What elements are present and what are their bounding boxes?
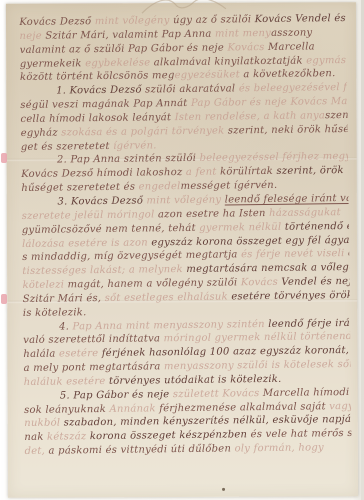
manuscript-word-segment: nevét viseli bbox=[284, 248, 348, 260]
manuscript-word-segment: a fent bbox=[186, 167, 220, 178]
manuscript-word-segment: való szeretettől indíttatva bbox=[23, 334, 164, 347]
manuscript-word-segment: szeretete jeléül móringol bbox=[22, 209, 158, 222]
manuscript-word-segment: kötelezi bbox=[22, 279, 67, 291]
manuscript-word-segment: törvényes utódaikat is kötelezik. bbox=[109, 374, 282, 387]
manuscript-word-segment: szülői is kötelesek sőt esetleges bbox=[237, 358, 350, 371]
manuscript-word-segment: és beleegyezésével fele- bbox=[239, 82, 348, 95]
manuscript-word-segment: nak bbox=[24, 432, 47, 443]
manuscript-word-segment: a kath anya bbox=[263, 110, 325, 122]
manuscript-word-segment: született Kovács bbox=[173, 388, 263, 400]
manuscript-word-segment: engedel bbox=[139, 181, 181, 193]
manuscript-word-segment: és férje bbox=[241, 249, 284, 261]
manuscript-word-segment: esetére bbox=[59, 348, 102, 360]
manuscript-word-segment: 2. Pap Anna szintén szülői bbox=[57, 153, 200, 166]
manuscript-word-segment: Annának bbox=[109, 403, 159, 415]
manuscript-word-segment: 1. Kovács Dezső bbox=[56, 85, 145, 97]
manuscript-word-segment: Marcella hímodi lako- bbox=[263, 386, 351, 398]
manuscript-word-segment: Szitár Mári és, bbox=[23, 293, 105, 305]
manuscript-word-segment: tehát bbox=[168, 222, 199, 233]
manuscript-word-segment: halála bbox=[23, 349, 59, 360]
manuscript-word-segment: alkalmával kinyilatkoztatják bbox=[154, 55, 307, 68]
manuscript-word-segment: esetére bbox=[66, 376, 109, 388]
manuscript-word-segment: egyház bbox=[21, 127, 62, 138]
manuscript-word-segment: gyümölcsözővé nem tenné, bbox=[22, 223, 168, 236]
manuscript-word-segment: körülírtak bbox=[220, 166, 277, 178]
manuscript-word-segment: Vendel és neje bbox=[281, 276, 349, 288]
manuscript-word-segment: mességet ígérvén. bbox=[180, 180, 277, 192]
manuscript-word-segment: s mindaddig, míg özvegységét megtartja bbox=[22, 250, 241, 264]
manuscript-word-segment: megtartására nemcsak a vőlegény bbox=[186, 262, 349, 275]
manuscript-word-segment: tisztességes lakást; bbox=[22, 265, 129, 277]
manuscript-word-segment: 5. Pap Gábor és neje bbox=[60, 389, 173, 401]
manuscript-word-segment: a melynek bbox=[129, 264, 187, 276]
manuscript-word-segment: mint vőlegény bbox=[146, 194, 224, 206]
manuscript-word-segment: Kovács Dezső hímodi lakoshoz bbox=[21, 167, 186, 180]
manuscript-word-segment: Kovács Vendel és bbox=[255, 13, 346, 25]
manuscript-word-segment: és vele hat mérős szántóföl- bbox=[251, 428, 352, 441]
manuscript-word-segment: szabadon, minden kényszerítés nélkül, es… bbox=[64, 414, 352, 429]
manuscript-word-segment: gyermekeik bbox=[20, 58, 85, 70]
manuscript-word-segment: szerint, bbox=[276, 166, 320, 178]
manuscript-word-segment: Kovács bbox=[241, 277, 282, 288]
manuscript-word-segment: esetére törvényes örököseiket bbox=[231, 289, 350, 302]
manuscript-word-segment: Kovács Mar- bbox=[290, 96, 347, 108]
manuscript-word-segment: korona összeget készpénzben bbox=[90, 430, 251, 443]
manuscript-word-segment: magát, hanem a vőlegény szülői bbox=[67, 277, 240, 290]
manuscript-word-segment: hűséget szeretetet és bbox=[21, 182, 138, 194]
manuscript-word-segment: gyermek nélkül történendő bbox=[215, 331, 351, 344]
manuscript-line: det, a páskomi és vittnyédi úti dűlőben … bbox=[24, 441, 351, 459]
manuscript-word-segment: oly formán, hogy bbox=[234, 442, 323, 454]
fold-edge-tick-upper bbox=[1, 153, 7, 163]
manuscript-word-segment: Szitár Mári, valamint Pap Anna bbox=[45, 28, 215, 41]
manuscript-word-segment: Pap Gábor és neje bbox=[191, 97, 291, 109]
manuscript-word-segment: is azon bbox=[111, 237, 152, 248]
manuscript-word-segment: törvények bbox=[172, 125, 228, 137]
manuscript-word-segment: neje bbox=[19, 31, 45, 42]
manuscript-word-segment: úgy az ő szülői bbox=[173, 14, 255, 26]
manuscript-word-segment: kétszáz bbox=[47, 431, 90, 443]
manuscript-word-segment: cella hímodi lakosok leányát bbox=[20, 112, 174, 125]
manuscript-word-segment: mint vőlegény bbox=[95, 15, 173, 27]
manuscript-word-segment: 4. bbox=[59, 321, 73, 332]
manuscript-word-segment: lálozása esetére bbox=[22, 237, 111, 249]
manuscript-word-segment: a következőkben. bbox=[243, 69, 335, 81]
manuscript-word-segment: nukból bbox=[24, 418, 64, 429]
manuscript-word-segment: egyszáz korona összeget egy fél ágyat bbox=[151, 234, 349, 247]
manuscript-word-segment: Kovács bbox=[227, 42, 268, 53]
manuscript-word-segment: történendő elha- bbox=[285, 220, 349, 232]
manuscript-word-segment: szerint, neki örök hűsé- bbox=[228, 124, 348, 137]
manuscript-word-segment: is kötelezik. bbox=[23, 307, 87, 319]
manuscript-word-segment: között történt kölcsönös meg bbox=[20, 70, 175, 83]
manuscript-word-segment: det, bbox=[24, 446, 48, 457]
manuscript-word-segment: Kovács Dezső bbox=[19, 16, 95, 28]
manuscript-word-segment: gyermek nélkül bbox=[199, 221, 285, 233]
manuscript-word-segment: Isten rendelése, bbox=[175, 111, 264, 123]
manuscript-word-segment: szokása és a polgári bbox=[61, 126, 172, 138]
manuscript-word-segment: férjhezmenése alkalmával saját bbox=[159, 401, 329, 414]
manuscript-word-segment: egyezésüket bbox=[175, 70, 244, 82]
manuscript-word-segment: valamint az ő szülői Pap Gábor és neje bbox=[20, 42, 228, 56]
ink-speck bbox=[222, 488, 225, 491]
manuscript-word-segment: szülői akaratával bbox=[145, 84, 239, 96]
manuscript-word-segment: elhalásuk bbox=[177, 291, 231, 303]
manuscript-text: Kovács Dezső mint vőlegény úgy az ő szül… bbox=[19, 12, 351, 459]
manuscript-word-segment: sőt esetleges bbox=[105, 292, 178, 304]
manuscript-word-segment: mint meny bbox=[215, 28, 271, 40]
manuscript-word-segment: egymás bbox=[306, 55, 346, 66]
manuscript-word-segment: Marcella bbox=[268, 41, 315, 53]
manuscript-word-segment: leendő férje iránt bbox=[268, 317, 350, 329]
manuscript-word-segment: szent- bbox=[325, 110, 348, 121]
manuscript-word-segment: haláluk bbox=[24, 376, 67, 388]
manuscript-word-segment: vagyo- bbox=[329, 400, 351, 411]
manuscript-word-segment: a páskomi és vittnyédi úti dűlőben bbox=[48, 444, 234, 457]
manuscript-word-segment: leendő felesége iránt való bbox=[225, 193, 349, 206]
manuscript-word-segment: sok leányuknak bbox=[24, 404, 110, 416]
manuscript-word-segment: ígérvén. bbox=[113, 140, 157, 152]
manuscript-word-segment: azon esetre ha Isten bbox=[158, 208, 269, 220]
manuscript-word-segment: egybekelése bbox=[85, 57, 154, 69]
manuscript-word-segment: beleegyezéssel férjhez megy bbox=[200, 151, 349, 164]
manuscript-word-segment: asszony bbox=[271, 27, 312, 39]
manuscript-word-segment: 3. Kovács Dezső bbox=[57, 195, 146, 207]
manuscript-page: Kovács Dezső mint vőlegény úgy az ő szül… bbox=[6, 2, 358, 498]
manuscript-word-segment: ségül veszi magának Pap Annát bbox=[20, 98, 191, 111]
manuscript-word-segment: házasságukat bbox=[269, 207, 341, 219]
manuscript-word-segment: get és szeretetet bbox=[21, 140, 113, 152]
manuscript-word-segment: a mely pont megtartására bbox=[23, 361, 164, 374]
manuscript-word-segment: férjének hasonlólag 100 azaz egyszáz kor… bbox=[102, 345, 351, 359]
manuscript-word-segment: móringol bbox=[164, 333, 215, 345]
manuscript-word-segment: Pap Anna mint menyasszony szintén bbox=[72, 319, 268, 332]
fold-edge-tick-lower bbox=[1, 294, 7, 304]
manuscript-word-segment: örök bbox=[320, 165, 344, 176]
manuscript-word-segment: menyasszony bbox=[164, 360, 237, 372]
